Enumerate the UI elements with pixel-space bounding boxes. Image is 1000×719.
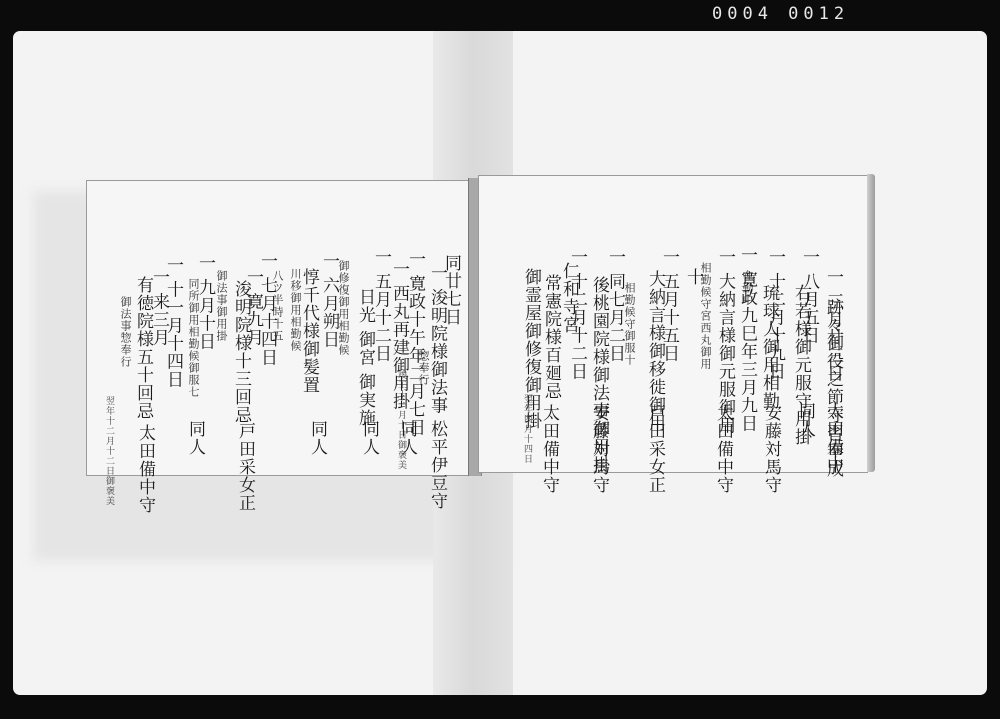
- right-page-text-column: 仁和寺宮: [560, 262, 577, 334]
- left-page-text-column: 一 浚明院様御法事: [428, 264, 445, 414]
- right-page-text-column: 戸田采女正: [646, 404, 663, 494]
- right-page-text-column: 一 寛政九巳年三月九日: [738, 246, 755, 432]
- left-page-text-column: 川移御用相勤候: [290, 268, 301, 352]
- left-page-text-column: 一 六月朔日: [320, 252, 337, 348]
- right-page-text-column: 安藤対馬守: [762, 404, 779, 494]
- left-page-text-column: 同人: [398, 420, 415, 456]
- left-page-text-column: 惇千代様御髪置: [300, 268, 317, 394]
- left-page-text-column: 御法事御用掛: [216, 270, 227, 342]
- left-page-text-column: 同人: [360, 420, 377, 456]
- right-page-text-column: 十: [684, 268, 701, 286]
- left-page-text-column: 御法事惣奉行: [120, 296, 131, 368]
- left-page-text-column: 御修復御用相勤候: [338, 260, 349, 356]
- right-page-text-column: 琉球人御用相勤: [760, 284, 777, 410]
- right-page-text-column: 同人: [796, 402, 813, 438]
- left-page-text-column: 同所御用相勤候御服七: [188, 278, 199, 398]
- left-page-text-column: 浚明院様十三回忌: [232, 280, 249, 424]
- right-page-text-column: 翌年四月十四日: [522, 394, 531, 464]
- frame-counter: 0004 0012: [712, 4, 849, 24]
- left-page-text-column: 日光 御宮 御実施: [356, 288, 373, 427]
- left-page-text-column: 同人: [308, 420, 325, 456]
- right-page-text-column: 太田備中守: [714, 404, 731, 494]
- left-page-text-column: 有徳院様五十回忌: [134, 276, 151, 420]
- left-page-text-column: 太田備中守: [136, 424, 153, 514]
- left-page-text-column: 松平伊豆守: [428, 420, 445, 510]
- left-page-text-column: 翌年十二月十二日御褒美: [104, 396, 113, 506]
- right-page-text-column: 常憲院様百廻忌: [542, 274, 559, 400]
- right-page-text-column: 太田備中: [824, 402, 841, 474]
- left-page-text-column: 戸田采女正: [236, 422, 253, 512]
- right-page-text-column: 安藤対馬守: [590, 404, 607, 494]
- page-stack-edge: [867, 174, 875, 472]
- right-page-text-column: 太田備中守: [540, 404, 557, 494]
- right-page-text-column: 相勤候守御服十: [624, 282, 635, 366]
- left-page-text-column: 同人: [186, 420, 203, 456]
